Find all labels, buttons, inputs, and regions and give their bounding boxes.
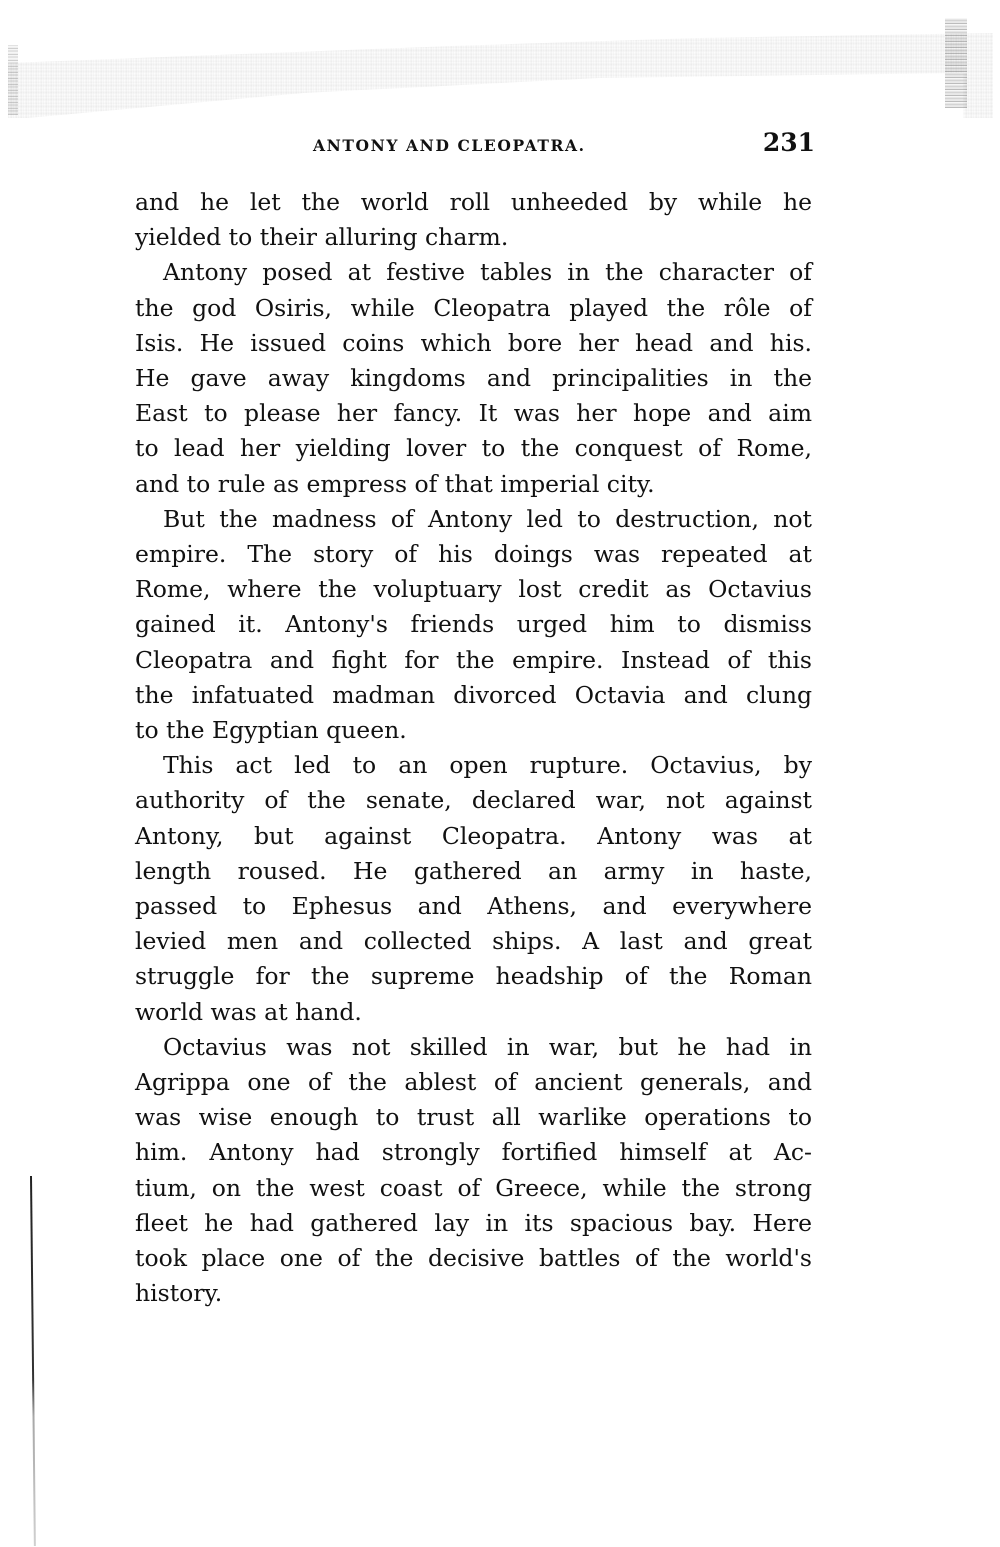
text-line: Isis. He issued coins which bore her hea… [135,326,812,361]
text-line: and to rule as empress of that imperial … [135,467,812,502]
scan-edge-left [8,45,18,115]
paragraph: and he let the world roll unheeded by wh… [135,185,812,255]
paragraph: But the madness of Antony led to destruc… [135,502,812,748]
text-line: Antony, but against Cleopatra. Antony wa… [135,819,812,854]
text-line: struggle for the supreme headship of the… [135,959,812,994]
text-line: authority of the senate, declared war, n… [135,783,812,818]
paragraph: This act led to an open rupture. Octaviu… [135,748,812,1030]
page-number: 231 [763,128,815,157]
text-line: the infatuated madman divorced Octavia a… [135,678,812,713]
text-line: yielded to their alluring charm. [135,220,812,255]
text-line: Rome, where the voluptuary lost credit a… [135,572,812,607]
text-line: He gave away kingdoms and principalities… [135,361,812,396]
text-line: tium, on the west coast of Greece, while… [135,1171,812,1206]
body-text: and he let the world roll unheeded by wh… [135,185,812,1312]
scan-noise-top [8,18,993,118]
scan-edge-right [945,18,967,108]
text-line: the god Osiris, while Cleopatra played t… [135,291,812,326]
running-title: ANTONY AND CLEOPATRA. [313,136,586,155]
text-line: length roused. He gathered an army in ha… [135,854,812,889]
text-line: Antony posed at festive tables in the ch… [135,255,812,290]
text-line: him. Antony had strongly fortified himse… [135,1135,812,1170]
text-line: took place one of the decisive battles o… [135,1241,812,1276]
text-line: This act led to an open rupture. Octaviu… [135,748,812,783]
text-line: to lead her yielding lover to the conque… [135,431,812,466]
text-line: Cleopatra and fight for the empire. Inst… [135,643,812,678]
paragraph: Antony posed at festive tables in the ch… [135,255,812,501]
text-line: gained it. Antony's friends urged him to… [135,607,812,642]
text-line: world was at hand. [135,995,812,1030]
paragraph: Octavius was not skilled in war, but he … [135,1030,812,1312]
text-line: East to please her fancy. It was her hop… [135,396,812,431]
running-head: ANTONY AND CLEOPATRA. 231 [135,126,815,166]
text-line: was wise enough to trust all warlike ope… [135,1100,812,1135]
text-line: Octavius was not skilled in war, but he … [135,1030,812,1065]
text-line: history. [135,1276,812,1311]
text-line: fleet he had gathered lay in its spaciou… [135,1206,812,1241]
binding-margin-line [30,1176,35,1546]
text-line: passed to Ephesus and Athens, and everyw… [135,889,812,924]
text-line: to the Egyptian queen. [135,713,812,748]
text-line: levied men and collected ships. A last a… [135,924,812,959]
text-line: Agrippa one of the ablest of ancient gen… [135,1065,812,1100]
text-line: empire. The story of his doings was repe… [135,537,812,572]
text-line: and he let the world roll unheeded by wh… [135,185,812,220]
text-line: But the madness of Antony led to destruc… [135,502,812,537]
